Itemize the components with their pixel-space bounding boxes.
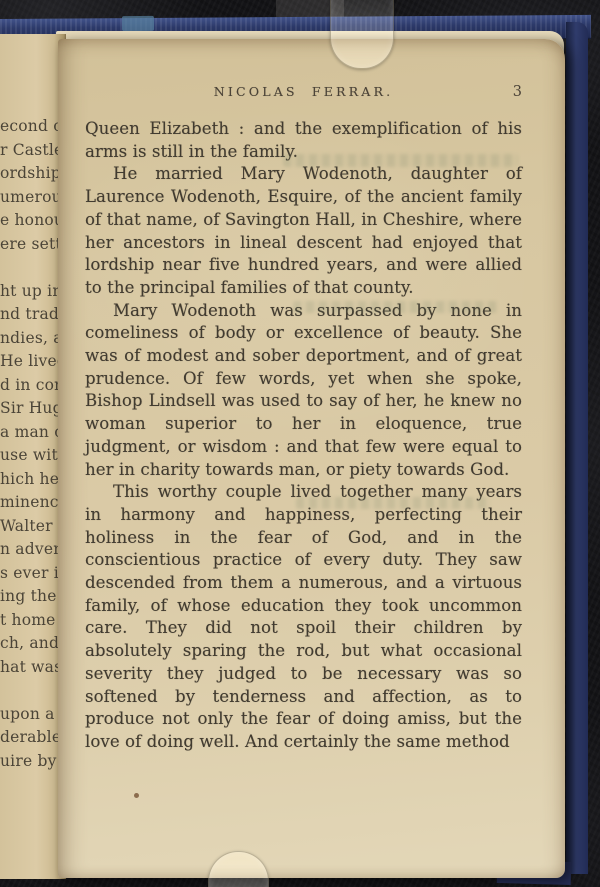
- facing-page-text-fragment: d in com-: [0, 374, 48, 398]
- page-header: NICOLAS FERRAR. 3: [85, 84, 522, 100]
- paragraph-3: Mary Wodenoth was surpassed by none in c…: [85, 300, 522, 482]
- ink-show-through: [283, 154, 518, 167]
- facing-page-text-fragment: e honour: [0, 209, 48, 233]
- facing-page-text-fragments: econd ofr Castles;ordships.umerous;e hon…: [0, 115, 48, 773]
- facing-page-text-fragment: s ever in: [0, 562, 48, 586]
- facing-page-text-fragment: [0, 256, 48, 280]
- running-title: NICOLAS FERRAR.: [214, 84, 394, 99]
- page-holder-clip-top: [330, 0, 394, 69]
- paragraph-4: This worthy couple lived together many y…: [85, 481, 522, 753]
- book-cover-light-patch: [122, 16, 154, 31]
- facing-page-text-fragment: uire by: [0, 750, 48, 774]
- facing-page-text-fragment: nd traded: [0, 303, 48, 327]
- facing-page-text-fragment: umerous;: [0, 186, 48, 210]
- book-cover-right-edge: [566, 22, 588, 874]
- facing-page-edge: econd ofr Castles;ordships.umerous;e hon…: [0, 34, 66, 879]
- page-text: Queen Elizabeth : and the exemplificatio…: [85, 118, 522, 754]
- facing-page-text-fragment: hich he: [0, 468, 48, 492]
- facing-page-text-fragment: n adven-: [0, 538, 48, 562]
- facing-page-text-fragment: ordships.: [0, 162, 48, 186]
- facing-page-text-fragment: ht up in: [0, 280, 48, 304]
- facing-page-text-fragment: use with: [0, 444, 48, 468]
- facing-page-text-fragment: [0, 679, 48, 703]
- facing-page-text-fragment: hat was: [0, 656, 48, 680]
- facing-page-text-fragment: Walter: [0, 515, 48, 539]
- page-number: 3: [393, 84, 522, 100]
- facing-page-text-fragment: ch, and: [0, 632, 48, 656]
- facing-page-text-fragment: ere settled: [0, 233, 48, 257]
- book-page: NICOLAS FERRAR. 3 Queen Elizabeth : and …: [58, 39, 565, 878]
- facing-page-text-fragment: Sir Hugh: [0, 397, 48, 421]
- facing-page-text-fragment: upon a: [0, 703, 48, 727]
- page-speck: [134, 793, 139, 798]
- facing-page-text-fragment: He lived: [0, 350, 48, 374]
- facing-page-text-fragment: derable.: [0, 726, 48, 750]
- facing-page-text-fragment: ing the: [0, 585, 48, 609]
- book-photo: econd ofr Castles;ordships.umerous;e hon…: [0, 0, 600, 887]
- facing-page-text-fragment: a man of: [0, 421, 48, 445]
- facing-page-text-fragment: minence,: [0, 491, 48, 515]
- paragraph-2: He married Mary Wodenoth, daughter of La…: [85, 163, 522, 299]
- facing-page-text-fragment: r Castles;: [0, 139, 48, 163]
- ink-show-through: [293, 301, 498, 313]
- facing-page-text-fragment: econd of: [0, 115, 48, 139]
- ink-show-through: [296, 497, 491, 509]
- facing-page-text-fragment: t home: [0, 609, 48, 633]
- facing-page-text-fragment: ndies, and: [0, 327, 48, 351]
